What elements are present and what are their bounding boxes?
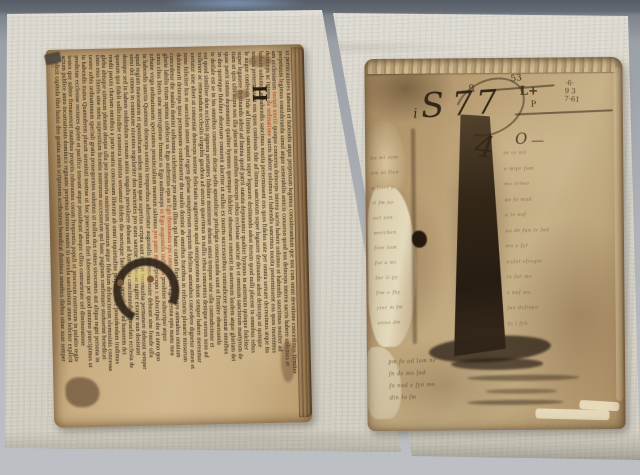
- light-glare: [160, 0, 310, 10]
- photo-two-manuscripts: H ut pernicautores habendi et habendis a…: [0, 0, 640, 475]
- left-manuscript: H ut pernicautores habendi et habendis a…: [46, 44, 313, 428]
- edge-darkening: [46, 44, 313, 428]
- edge-darkening: [364, 57, 625, 431]
- right-manuscript: iS77 53 9 L+ P ·6·9 37·61 O — 4 nu mi so…: [364, 57, 625, 431]
